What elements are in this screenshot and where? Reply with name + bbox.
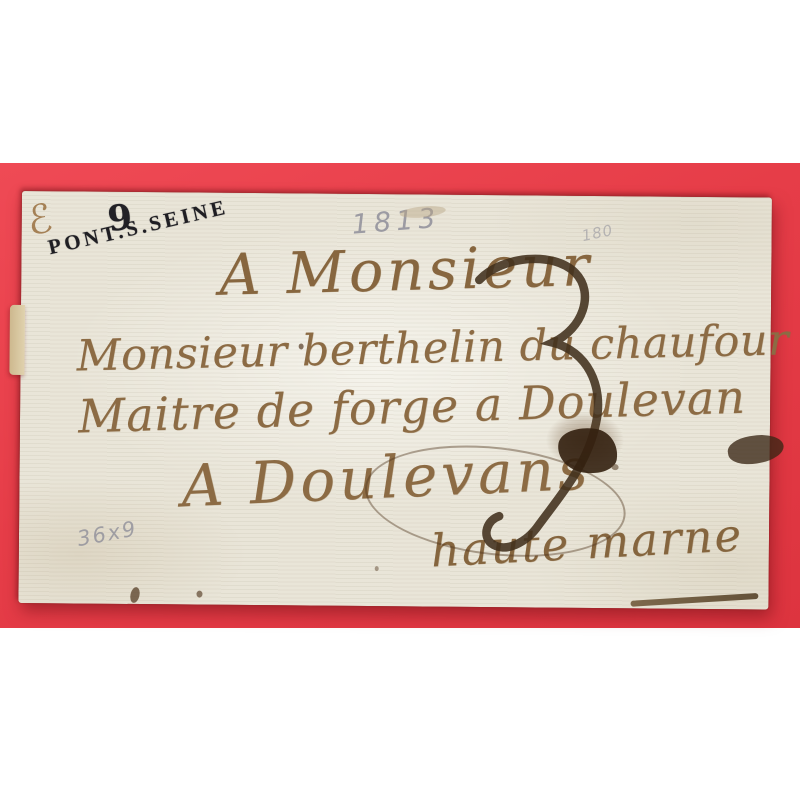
product-photo: ℰ 9 PONT.S.SEINE 1813 180 36x9 A Monsieu… xyxy=(0,0,800,800)
paper-speck xyxy=(129,586,141,604)
antique-letter-cover: ℰ 9 PONT.S.SEINE 1813 180 36x9 A Monsieu… xyxy=(18,191,772,610)
postmark-town-stamp: PONT.S.SEINE xyxy=(46,195,231,261)
paper-speck xyxy=(375,566,379,571)
paper-speck xyxy=(196,591,202,598)
paper-fold-flap xyxy=(9,305,25,375)
pencil-dimensions-annotation: 36x9 xyxy=(75,516,139,551)
paper-speck xyxy=(612,464,619,470)
address-line-3: Maitre de forge a Doulevan xyxy=(77,370,746,444)
paper-speck xyxy=(299,343,304,349)
underline-mark xyxy=(630,593,758,607)
